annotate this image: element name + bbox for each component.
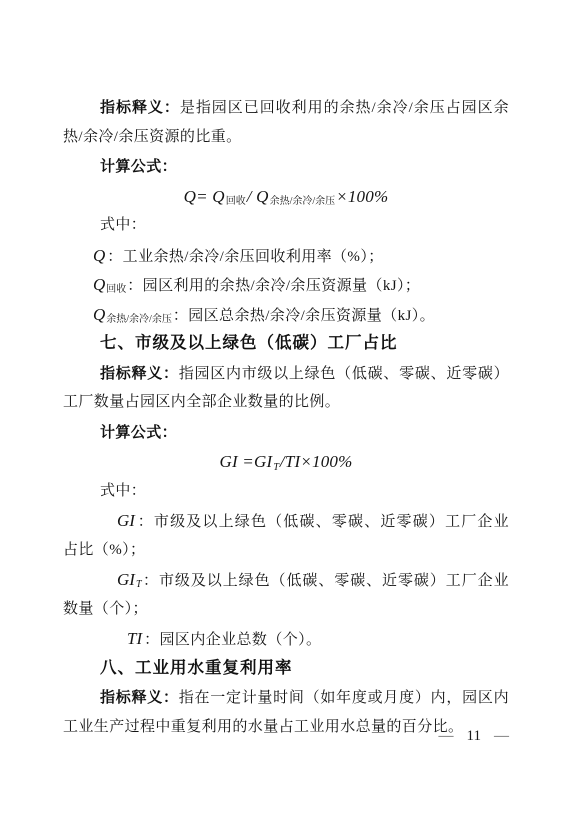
- s7-definition-line1: 指标释义：指园区内市级以上绿色（低碳、零碳、近零碳）: [63, 359, 509, 389]
- s6-term-q-total: Q余热/余冷/余压：园区总余热/余冷/余压资源量（kJ）。: [63, 300, 509, 330]
- s7-term-ti-var: TI: [127, 629, 142, 648]
- s6-definition-line1: 指标释义：是指园区已回收利用的余热/余冷/余压占园区余: [63, 93, 509, 123]
- document-body: 指标释义：是指园区已回收利用的余热/余冷/余压占园区余 热/余冷/余压资源的比重…: [63, 93, 509, 742]
- s7-term-gi-var: GI: [117, 511, 135, 530]
- s6-formula-part-c: ×100%: [336, 187, 388, 206]
- page-number: 11: [467, 728, 481, 744]
- s6-term-q-total-sub: 余热/余冷/余压: [106, 314, 172, 325]
- s7-formula-sub-t: T: [273, 462, 279, 473]
- s6-term-q-recovered-var: Q: [93, 275, 105, 294]
- s7-term-git-text: ：市级及以上绿色（低碳、零碳、近零碳）工厂企业: [143, 573, 509, 589]
- s6-definition-label: 指标释义：: [100, 99, 180, 116]
- s6-formula: Q= Q回收/ Q余热/余冷/余压×100%: [63, 182, 509, 212]
- s7-where-label: 式中：: [63, 477, 509, 507]
- s6-where-label: 式中：: [63, 211, 509, 241]
- s6-term-q-recovered-sub: 回收: [106, 284, 126, 295]
- s6-term-q-var: Q: [93, 246, 105, 265]
- s7-formula-label-line: 计算公式：: [63, 418, 509, 448]
- s8-heading-line: 八、工业用水重复利用率: [63, 654, 509, 684]
- s6-formula-part-b: / Q: [247, 187, 269, 206]
- s8-heading: 八、工业用水重复利用率: [100, 659, 293, 677]
- s6-term-q-total-var: Q: [93, 305, 105, 324]
- s7-term-gi: GI：市级及以上绿色（低碳、零碳、近零碳）工厂企业: [63, 506, 509, 536]
- footer-dash-right: —: [494, 728, 509, 744]
- s7-formula-part-a: GI =GI: [220, 452, 273, 471]
- s8-definition-label: 指标释义：: [100, 689, 179, 706]
- s6-formula-part-a: Q= Q: [184, 187, 225, 206]
- s7-definition-line2: 工厂数量占园区内全部企业数量的比例。: [63, 388, 509, 418]
- page-footer: —11—: [439, 726, 509, 746]
- s6-formula-label: 计算公式：: [100, 158, 177, 175]
- s7-term-ti-text: ：园区内企业总数（个）。: [144, 632, 321, 648]
- document-page: 指标释义：是指园区已回收利用的余热/余冷/余压占园区余 热/余冷/余压资源的比重…: [0, 0, 575, 814]
- s7-term-ti: TI：园区内企业总数（个）。: [63, 624, 509, 654]
- s7-definition-text1: 指园区内市级以上绿色（低碳、零碳、近零碳）: [179, 366, 509, 382]
- s7-term-git-sub: T: [136, 579, 142, 590]
- s6-term-q-total-text: ：园区总余热/余冷/余压资源量（kJ）。: [173, 308, 435, 324]
- s7-term-git: GIT：市级及以上绿色（低碳、零碳、近零碳）工厂企业: [63, 565, 509, 595]
- s6-formula-sub1: 回收: [226, 196, 246, 207]
- s7-definition-label: 指标释义：: [100, 365, 179, 382]
- s7-heading-line: 七、市级及以上绿色（低碳）工厂占比: [63, 329, 509, 359]
- s7-term-gi-text: ：市级及以上绿色（低碳、零碳、近零碳）工厂企业: [137, 514, 509, 530]
- s8-definition-line1: 指标释义：指在一定计量时间（如年度或月度）内，园区内: [63, 683, 509, 713]
- s6-definition-text1: 是指园区已回收利用的余热/余冷/余压占园区余: [180, 100, 509, 116]
- s7-term-git-cont: 数量（个）；: [63, 595, 509, 625]
- s6-definition-line2: 热/余冷/余压资源的比重。: [63, 123, 509, 153]
- s6-term-q-recovered-text: ：园区利用的余热/余冷/余压资源量（kJ）；: [127, 278, 420, 294]
- s7-term-gi-cont: 占比（%）；: [63, 536, 509, 566]
- s7-formula-label: 计算公式：: [100, 424, 177, 441]
- s6-formula-label-line: 计算公式：: [63, 152, 509, 182]
- s6-term-q: Q：工业余热/余冷/余压回收利用率（%）；: [63, 241, 509, 271]
- s7-formula-part-b: /TI×100%: [280, 452, 353, 471]
- s8-definition-text1: 指在一定计量时间（如年度或月度）内，园区内: [179, 690, 509, 706]
- s6-term-q-recovered: Q回收：园区利用的余热/余冷/余压资源量（kJ）；: [63, 270, 509, 300]
- s6-term-q-text: ：工业余热/余冷/余压回收利用率（%）；: [107, 249, 383, 265]
- footer-dash-left: —: [439, 728, 454, 744]
- s7-heading: 七、市级及以上绿色（低碳）工厂占比: [100, 334, 398, 352]
- s6-formula-sub2: 余热/余冷/余压: [270, 196, 336, 207]
- s7-formula: GI =GIT/TI×100%: [63, 447, 509, 477]
- s7-term-git-var: GI: [117, 570, 135, 589]
